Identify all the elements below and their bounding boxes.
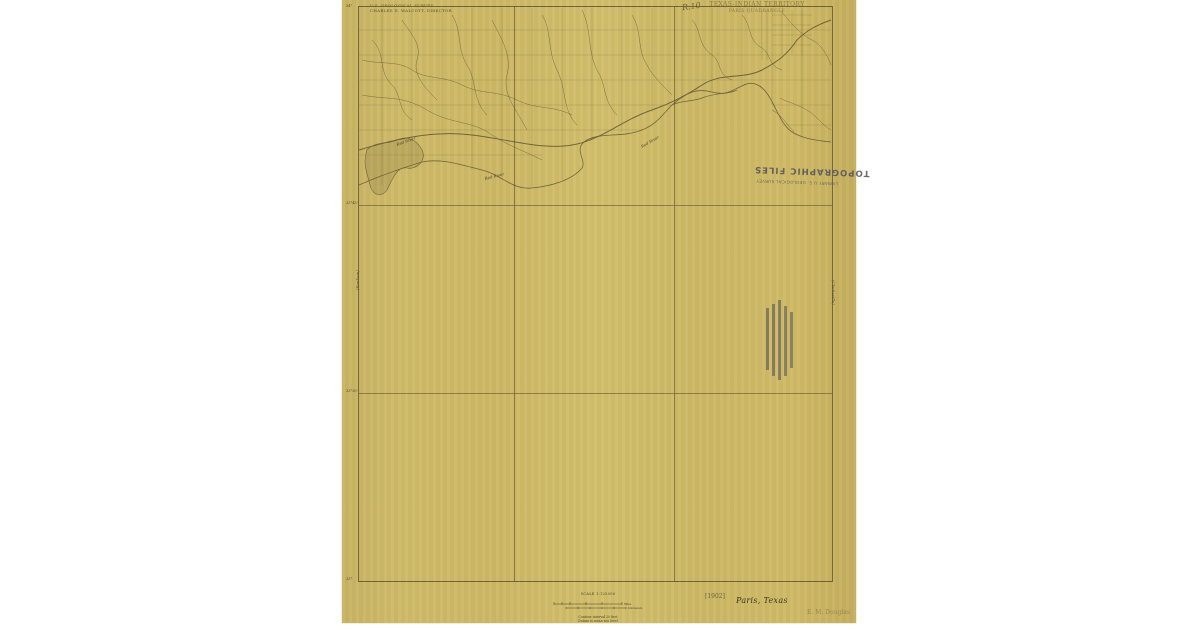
datum-note: Datum is mean sea level — [538, 619, 658, 623]
stamp-line — [790, 312, 793, 368]
svg-text:Red River: Red River — [639, 134, 661, 149]
coord-left-upper: 33°45' — [346, 201, 358, 205]
coord-bottom-left: 33° — [346, 577, 352, 581]
stamp-line — [778, 300, 781, 380]
map-sheet: U.S. Geological Survey Charles D. Walcot… — [342, 0, 856, 623]
received-stamp — [764, 300, 798, 380]
adjacent-sheet-west: (Bonham) — [355, 270, 360, 290]
stamp-line — [766, 308, 769, 370]
coord-top-left: 34° — [346, 4, 352, 8]
map-place-name: Paris, Texas — [736, 596, 788, 605]
scale-title: Scale 1:125000 — [538, 592, 658, 596]
svg-text:Red River: Red River — [483, 171, 506, 181]
stamp-line — [772, 304, 775, 376]
svg-text:Kilometers: Kilometers — [628, 606, 643, 610]
svg-text:Miles: Miles — [624, 602, 632, 606]
coord-left-lower: 33°30' — [346, 389, 358, 393]
map-scale: Scale 1:125000 Miles Kilometers Contour … — [538, 592, 658, 623]
scale-bar: Miles Kilometers — [550, 602, 646, 610]
surveyor-signature: E. M. Douglas — [807, 609, 850, 616]
adjacent-sheet-east: (Clarksville) — [831, 280, 836, 305]
stamp-line — [784, 306, 787, 376]
edition-year: [1902] — [705, 593, 725, 600]
